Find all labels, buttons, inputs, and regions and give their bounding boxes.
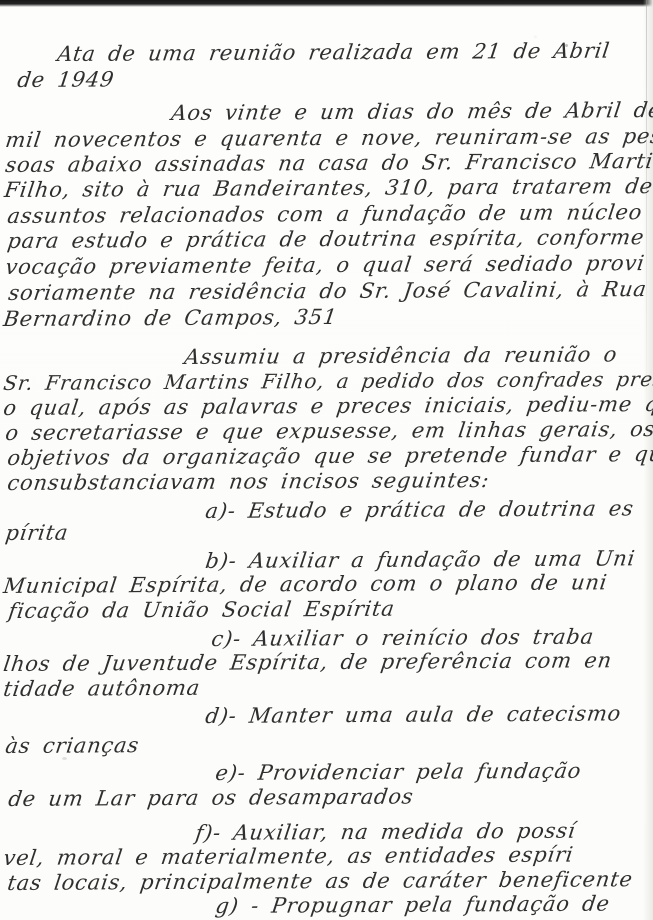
handwritten-line-title-year: de 1949	[16, 67, 116, 92]
handwriting-layer: Ata de uma reunião realizada em 21 de Ab…	[0, 0, 653, 920]
handwritten-line: Filho, sito à rua Bandeirantes, 310, par…	[3, 174, 653, 202]
handwritten-line: soriamente na residência do Sr. José Cav…	[7, 277, 648, 305]
handwritten-line-item-g: g) - Propugnar pela fundação de	[214, 892, 611, 918]
handwritten-line: assuntos relacionados com a fundação de …	[6, 200, 644, 228]
handwritten-line: Bernardino de Campos, 351	[2, 305, 339, 331]
handwritten-line: o qual, após as palavras e preces inicia…	[2, 392, 653, 420]
handwritten-line: lhos de Juventude Espírita, de preferênc…	[2, 648, 614, 676]
handwritten-line-item-f: f)- Auxiliar, na medida do possí	[194, 819, 577, 845]
handwritten-line: Municipal Espírita, de acordo com o plan…	[2, 570, 609, 598]
handwritten-line: ficação da União Social Espírita	[7, 597, 396, 623]
handwritten-line: mil novecentos e quarenta e nove, reunir…	[4, 124, 653, 152]
handwritten-line: vocação previamente feita, o qual será s…	[4, 251, 646, 279]
handwritten-line-item-e: e)- Providenciar pela fundação	[214, 759, 583, 785]
handwritten-line: soas abaixo assinadas na casa do Sr. Fra…	[4, 149, 653, 177]
handwritten-line: Aos vinte e um dias do mês de Abril de	[170, 98, 653, 125]
handwritten-line-title: Ata de uma reunião realizada em 21 de Ab…	[56, 39, 611, 66]
handwritten-line: consubstanciavam nos incisos seguintes:	[6, 468, 491, 495]
handwritten-line: objetivos da organização que se pretende…	[6, 442, 653, 470]
handwritten-line: de um Lar para os desamparados	[7, 785, 415, 811]
handwritten-line: o secretariasse e que expusesse, em linh…	[4, 417, 653, 445]
handwritten-line: vel, moral e materialmente, as entidades…	[2, 843, 575, 870]
handwritten-line: para estudo e prática de doutrina espíri…	[6, 225, 653, 253]
handwritten-line: Sr. Francisco Martins Filho, a pedido do…	[2, 367, 653, 395]
handwritten-line: tidade autônoma	[2, 676, 202, 701]
handwritten-line-item-a: a)- Estudo e prática de doutrina es	[204, 496, 635, 523]
handwritten-line: Assumiu a presidência da reunião o	[183, 342, 619, 369]
handwritten-line-item-c: c)- Auxiliar o reinício dos traba	[210, 625, 596, 651]
scanned-document-page: Ata de uma reunião realizada em 21 de Ab…	[0, 0, 653, 920]
handwritten-line-item-d: d)- Manter uma aula de catecismo	[204, 701, 623, 728]
handwritten-line-item-b: b)- Auxiliar a fundação de uma Uni	[204, 546, 637, 573]
handwritten-line: pírita	[4, 521, 70, 545]
handwritten-line: tas locais, principalmente as de caráter…	[6, 867, 634, 895]
handwritten-line: às crianças	[4, 733, 141, 758]
